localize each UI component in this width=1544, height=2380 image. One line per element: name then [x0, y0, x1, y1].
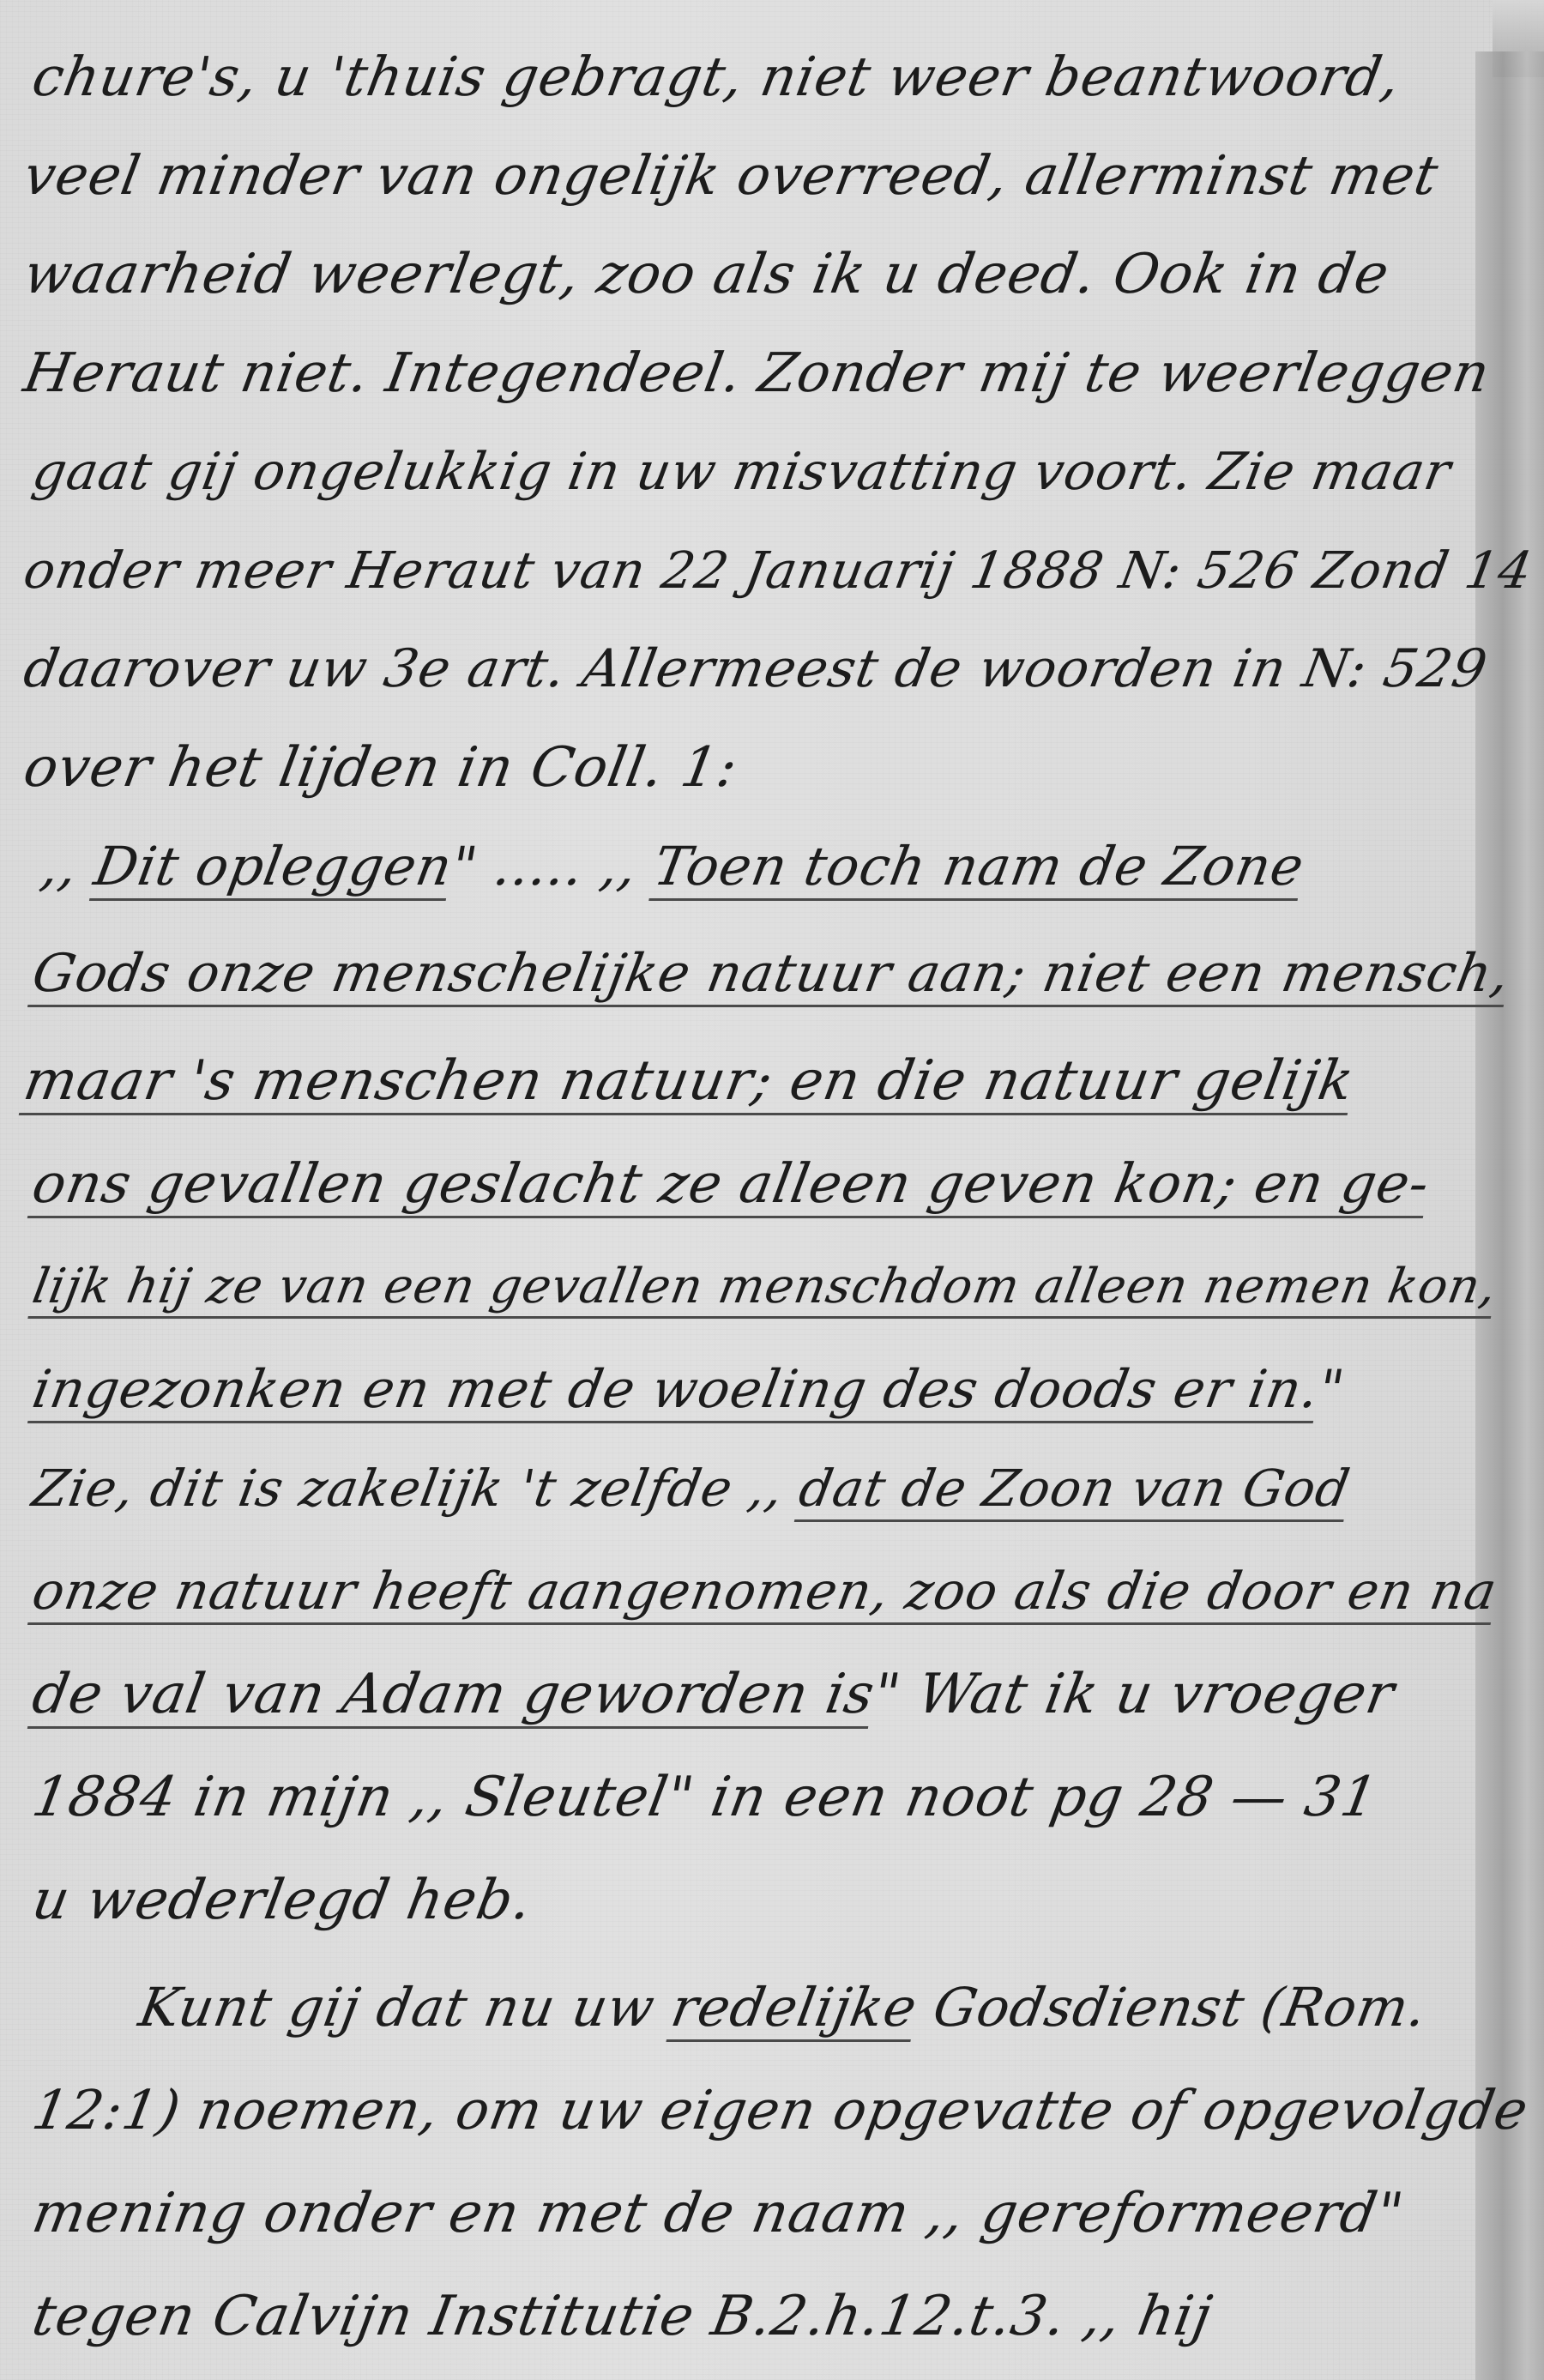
line-text: tegen Calvijn Institutie B.2.h.12.t.3. ,… [26, 2274, 1219, 2359]
line-text: daarover uw 3e art. Allermeest de woorde… [17, 626, 1494, 712]
manuscript-line: Gods onze menschelijke natuur aan; niet … [26, 931, 1517, 1017]
manuscript-line: tegen Calvijn Institutie B.2.h.12.t.3. ,… [26, 2274, 1219, 2359]
manuscript-line: mening onder en met de naam ,, gereforme… [26, 2171, 1410, 2256]
line-text: " ..... ,, [444, 824, 662, 909]
line-text: Godsdienst (Rom. [909, 1965, 1434, 2051]
line-text: chure's, u 'thuis gebragt, niet weer bea… [26, 34, 1408, 120]
line-text: over het lijden in Coll. 1: [17, 725, 745, 811]
manuscript-line: de val van Adam geworden is" Wat ik u vr… [26, 1652, 1402, 1737]
manuscript-page: chure's, u 'thuis gebragt, niet weer bea… [0, 0, 1544, 2380]
manuscript-line: 1884 in mijn ,, Sleutel" in een noot pg … [26, 1755, 1384, 1840]
underlined-quote-text: Toen toch nam de Zone [647, 824, 1311, 909]
manuscript-line: waarheid weerlegt, zoo als ik u deed. Oo… [17, 232, 1396, 317]
manuscript-line: veel minder van ongelijk overreed, aller… [17, 133, 1445, 219]
manuscript-line: onze natuur heeft aangenomen, zoo als di… [26, 1549, 1504, 1634]
manuscript-line: gaat gij ongelukkig in uw misvatting voo… [26, 429, 1458, 515]
underlined-quote-text: redelijke [665, 1965, 924, 2051]
line-text: 12:1) noemen, om uw eigen opgevatte of o… [26, 2068, 1535, 2153]
line-text: 1884 in mijn ,, Sleutel" in een noot pg … [26, 1755, 1384, 1840]
manuscript-line: Heraut niet. Integendeel. Zonder mij te … [17, 330, 1497, 416]
line-text: u wederlegd heb. [26, 1857, 539, 1943]
line-text: gaat gij ongelukkig in uw misvatting voo… [26, 429, 1458, 515]
underlined-quote-text: lijk hij ze van een gevallen menschdom a… [26, 1244, 1504, 1330]
underlined-quote-text: maar 's menschen natuur; en die natuur g… [17, 1038, 1360, 1124]
line-text: Zie, dit is zakelijk 't zelfde ,, [26, 1446, 807, 1531]
manuscript-line: Zie, dit is zakelijk 't zelfde ,, dat de… [26, 1446, 1357, 1531]
line-text: veel minder van ongelijk overreed, aller… [17, 133, 1445, 219]
manuscript-line: lijk hij ze van een gevallen menschdom a… [26, 1244, 1504, 1330]
underlined-quote-text: de val van Adam geworden is [26, 1652, 882, 1737]
manuscript-line: u wederlegd heb. [26, 1857, 539, 1943]
manuscript-line: onder meer Heraut van 22 Januarij 1888 N… [17, 528, 1539, 613]
manuscript-line: 12:1) noemen, om uw eigen opgevatte of o… [26, 2068, 1535, 2153]
manuscript-line: maar 's menschen natuur; en die natuur g… [17, 1038, 1360, 1124]
manuscript-line: chure's, u 'thuis gebragt, niet weer bea… [26, 34, 1408, 120]
underlined-quote-text: Dit opleggen [87, 824, 459, 909]
underlined-quote-text: dat de Zoon van God [793, 1446, 1357, 1531]
underlined-quote-text: onze natuur heeft aangenomen, zoo als di… [26, 1549, 1504, 1634]
manuscript-line: Kunt gij dat nu uw redelijke Godsdienst … [26, 1965, 1434, 2051]
manuscript-line: ingezonken en met de woeling des doods e… [26, 1347, 1351, 1433]
manuscript-line: ons gevallen geslacht ze alleen geven ko… [26, 1141, 1437, 1227]
line-text: Heraut niet. Integendeel. Zonder mij te … [17, 330, 1497, 416]
line-text: waarheid weerlegt, zoo als ik u deed. Oo… [17, 232, 1396, 317]
line-text: mening onder en met de naam ,, gereforme… [26, 2171, 1410, 2256]
manuscript-line: ,, Dit opleggen" ..... ,, Toen toch nam … [34, 824, 1311, 909]
line-text: Kunt gij dat nu uw [26, 1965, 679, 2051]
manuscript-line: daarover uw 3e art. Allermeest de woorde… [17, 626, 1494, 712]
underlined-quote-text: ons gevallen geslacht ze alleen geven ko… [26, 1141, 1437, 1227]
line-text: onder meer Heraut van 22 Januarij 1888 N… [17, 528, 1539, 613]
manuscript-line: over het lijden in Coll. 1: [17, 725, 745, 811]
underlined-quote-text: ingezonken en met de woeling des doods e… [26, 1347, 1326, 1433]
line-text: " Wat ik u vroeger [866, 1652, 1402, 1737]
page-edge-shadow [1475, 51, 1544, 2380]
underlined-quote-text: Gods onze menschelijke natuur aan; niet … [26, 931, 1517, 1017]
